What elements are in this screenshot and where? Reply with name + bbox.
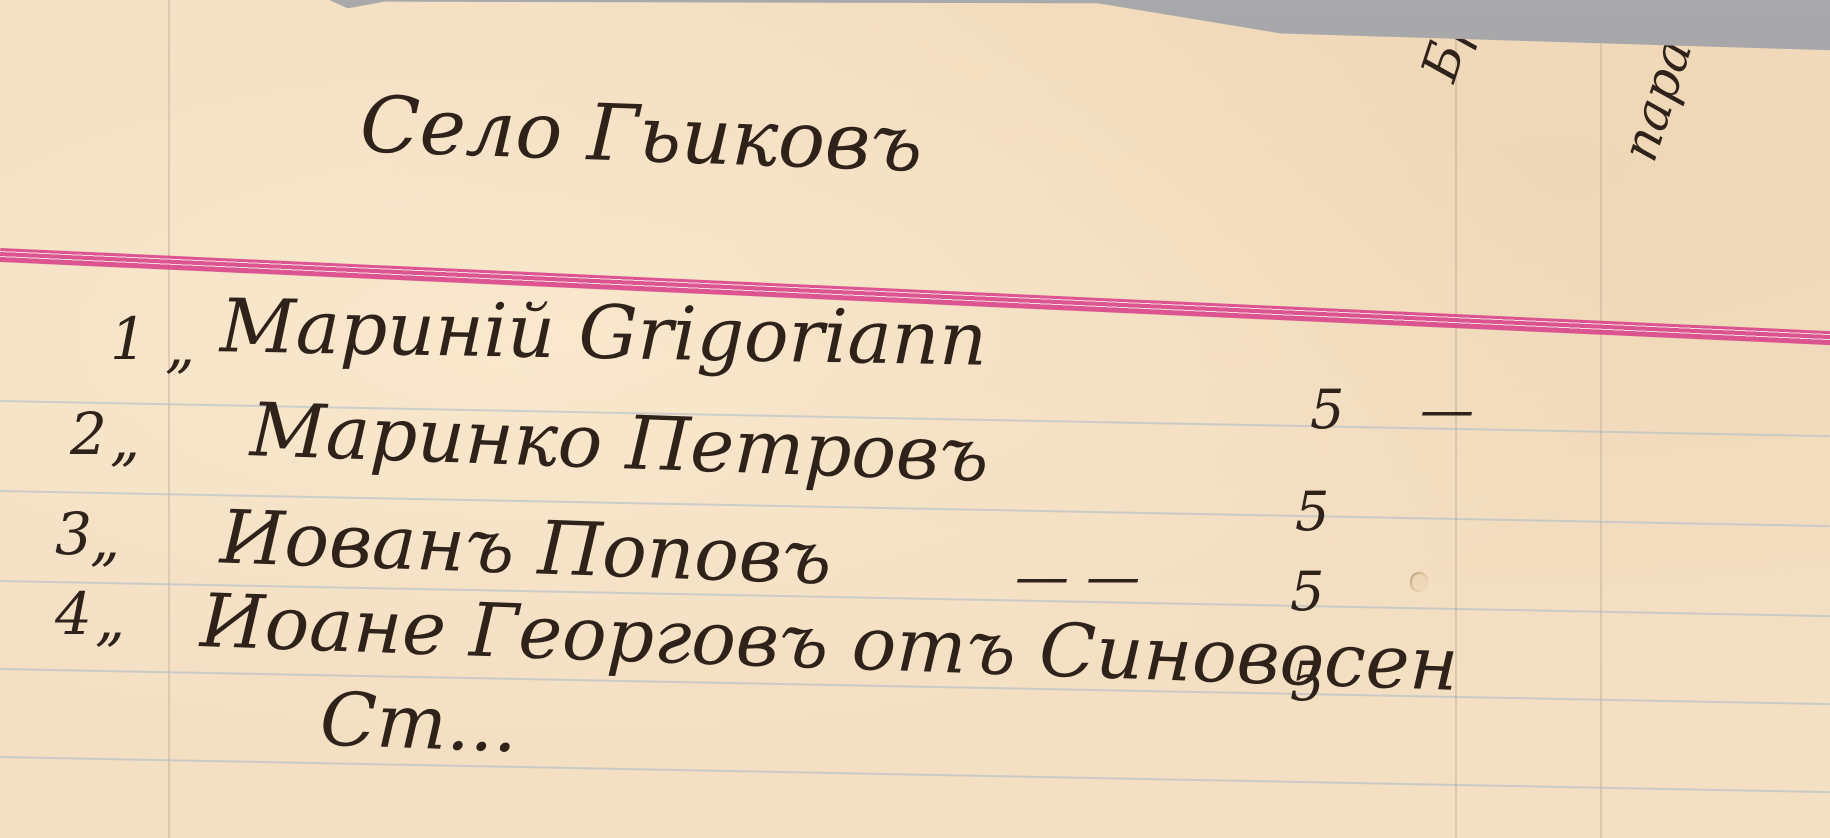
row-quantity: 5 — [1290, 560, 1324, 623]
margin-line — [168, 0, 170, 838]
paper-hole — [1410, 572, 1428, 592]
ditto-mark: „ — [95, 585, 125, 653]
row-number: 4 — [55, 580, 92, 648]
row-name: Ст... — [319, 677, 519, 770]
row-name: Маринко Петровъ — [249, 387, 990, 499]
row-quantity: 5 — [1290, 650, 1324, 713]
ditto-mark: „ — [165, 312, 195, 380]
ledger-page: Село Гьиковъ Брой пара 1 „ Мариній Grigo… — [0, 0, 1830, 838]
row-number: 3 — [55, 500, 92, 568]
column-header-money: пара — [1610, 32, 1703, 168]
ditto-mark: „ — [90, 505, 120, 573]
column-line — [1600, 0, 1602, 838]
row-quantity: 5 — [1295, 480, 1329, 543]
row-number: 2 — [70, 400, 107, 468]
ditto-mark: „ — [110, 405, 140, 473]
row-name: Мариній Grigoriann — [219, 283, 987, 382]
ruled-line — [0, 756, 1830, 793]
row-dashes: — — — [1015, 545, 1140, 608]
row-number: 1 — [110, 305, 147, 373]
row-quantity: 5 — [1310, 378, 1344, 441]
page-heading: Село Гьиковъ — [359, 80, 924, 190]
row-extra: — — [1420, 378, 1474, 441]
